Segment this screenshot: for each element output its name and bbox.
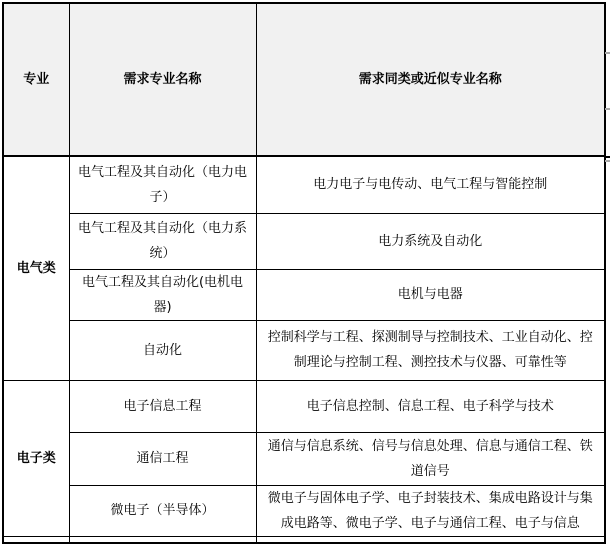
similar-cell: 电机与电器 bbox=[256, 269, 605, 320]
need-cell: 电子信息工程 bbox=[69, 380, 256, 432]
header-cell-similar-major: 需求同类或近似专业名称 bbox=[256, 3, 605, 156]
need-cell: 电气工程及其自动化（电力电子） bbox=[69, 156, 256, 213]
need-cell: 电气工程及其自动化(电机电器) bbox=[69, 269, 256, 320]
empty-cell bbox=[256, 536, 605, 543]
table-header-row: 专业 需求专业名称 需求同类或近似专业名称 bbox=[3, 3, 605, 156]
header-cell-major-group: 专业 bbox=[3, 3, 69, 156]
document-page: 专业 需求专业名称 需求同类或近似专业名称 电气类 电气工程及其自动化（电力电子… bbox=[0, 0, 610, 545]
table-row: 电气工程及其自动化(电机电器) 电机与电器 bbox=[3, 269, 605, 320]
similar-cell: 电力系统及自动化 bbox=[256, 213, 605, 269]
table-row: 电气类 电气工程及其自动化（电力电子） 电力电子与电传动、电气工程与智能控制 bbox=[3, 156, 605, 213]
similar-cell: 微电子与固体电子学、电子封装技术、集成电路设计与集成电路等、微电子学、电子与通信… bbox=[256, 485, 605, 536]
edge-tick-artifact bbox=[605, 108, 610, 110]
table-row: 自动化 控制科学与工程、探测制导与控制技术、工业自动化、控制理论与控制工程、测控… bbox=[3, 320, 605, 380]
similar-cell: 控制科学与工程、探测制导与控制技术、工业自动化、控制理论与控制工程、测控技术与仪… bbox=[256, 320, 605, 380]
table-row: 微电子（半导体） 微电子与固体电子学、电子封装技术、集成电路设计与集成电路等、微… bbox=[3, 485, 605, 536]
table-row: 电气工程及其自动化（电力系统） 电力系统及自动化 bbox=[3, 213, 605, 269]
need-cell: 微电子（半导体） bbox=[69, 485, 256, 536]
gridline-artifact bbox=[604, 156, 610, 158]
similar-cell: 电子信息控制、信息工程、电子科学与技术 bbox=[256, 380, 605, 432]
empty-cell bbox=[3, 536, 69, 543]
similar-cell: 通信与信息系统、信号与信息处理、信息与通信工程、铁道信号 bbox=[256, 432, 605, 485]
table-row-cutoff bbox=[3, 536, 605, 543]
need-cell: 通信工程 bbox=[69, 432, 256, 485]
table-row: 电子类 电子信息工程 电子信息控制、信息工程、电子科学与技术 bbox=[3, 380, 605, 432]
similar-cell: 电力电子与电传动、电气工程与智能控制 bbox=[256, 156, 605, 213]
empty-cell bbox=[69, 536, 256, 543]
header-cell-need-major: 需求专业名称 bbox=[69, 3, 256, 156]
need-cell: 电气工程及其自动化（电力系统） bbox=[69, 213, 256, 269]
majors-requirements-table: 专业 需求专业名称 需求同类或近似专业名称 电气类 电气工程及其自动化（电力电子… bbox=[2, 2, 606, 544]
table-row: 通信工程 通信与信息系统、信号与信息处理、信息与通信工程、铁道信号 bbox=[3, 432, 605, 485]
group-cell-electrical: 电气类 bbox=[3, 156, 69, 380]
group-cell-electronics: 电子类 bbox=[3, 380, 69, 536]
edge-tick-artifact bbox=[605, 52, 610, 54]
need-cell: 自动化 bbox=[69, 320, 256, 380]
edge-tick-artifact bbox=[605, 160, 610, 162]
